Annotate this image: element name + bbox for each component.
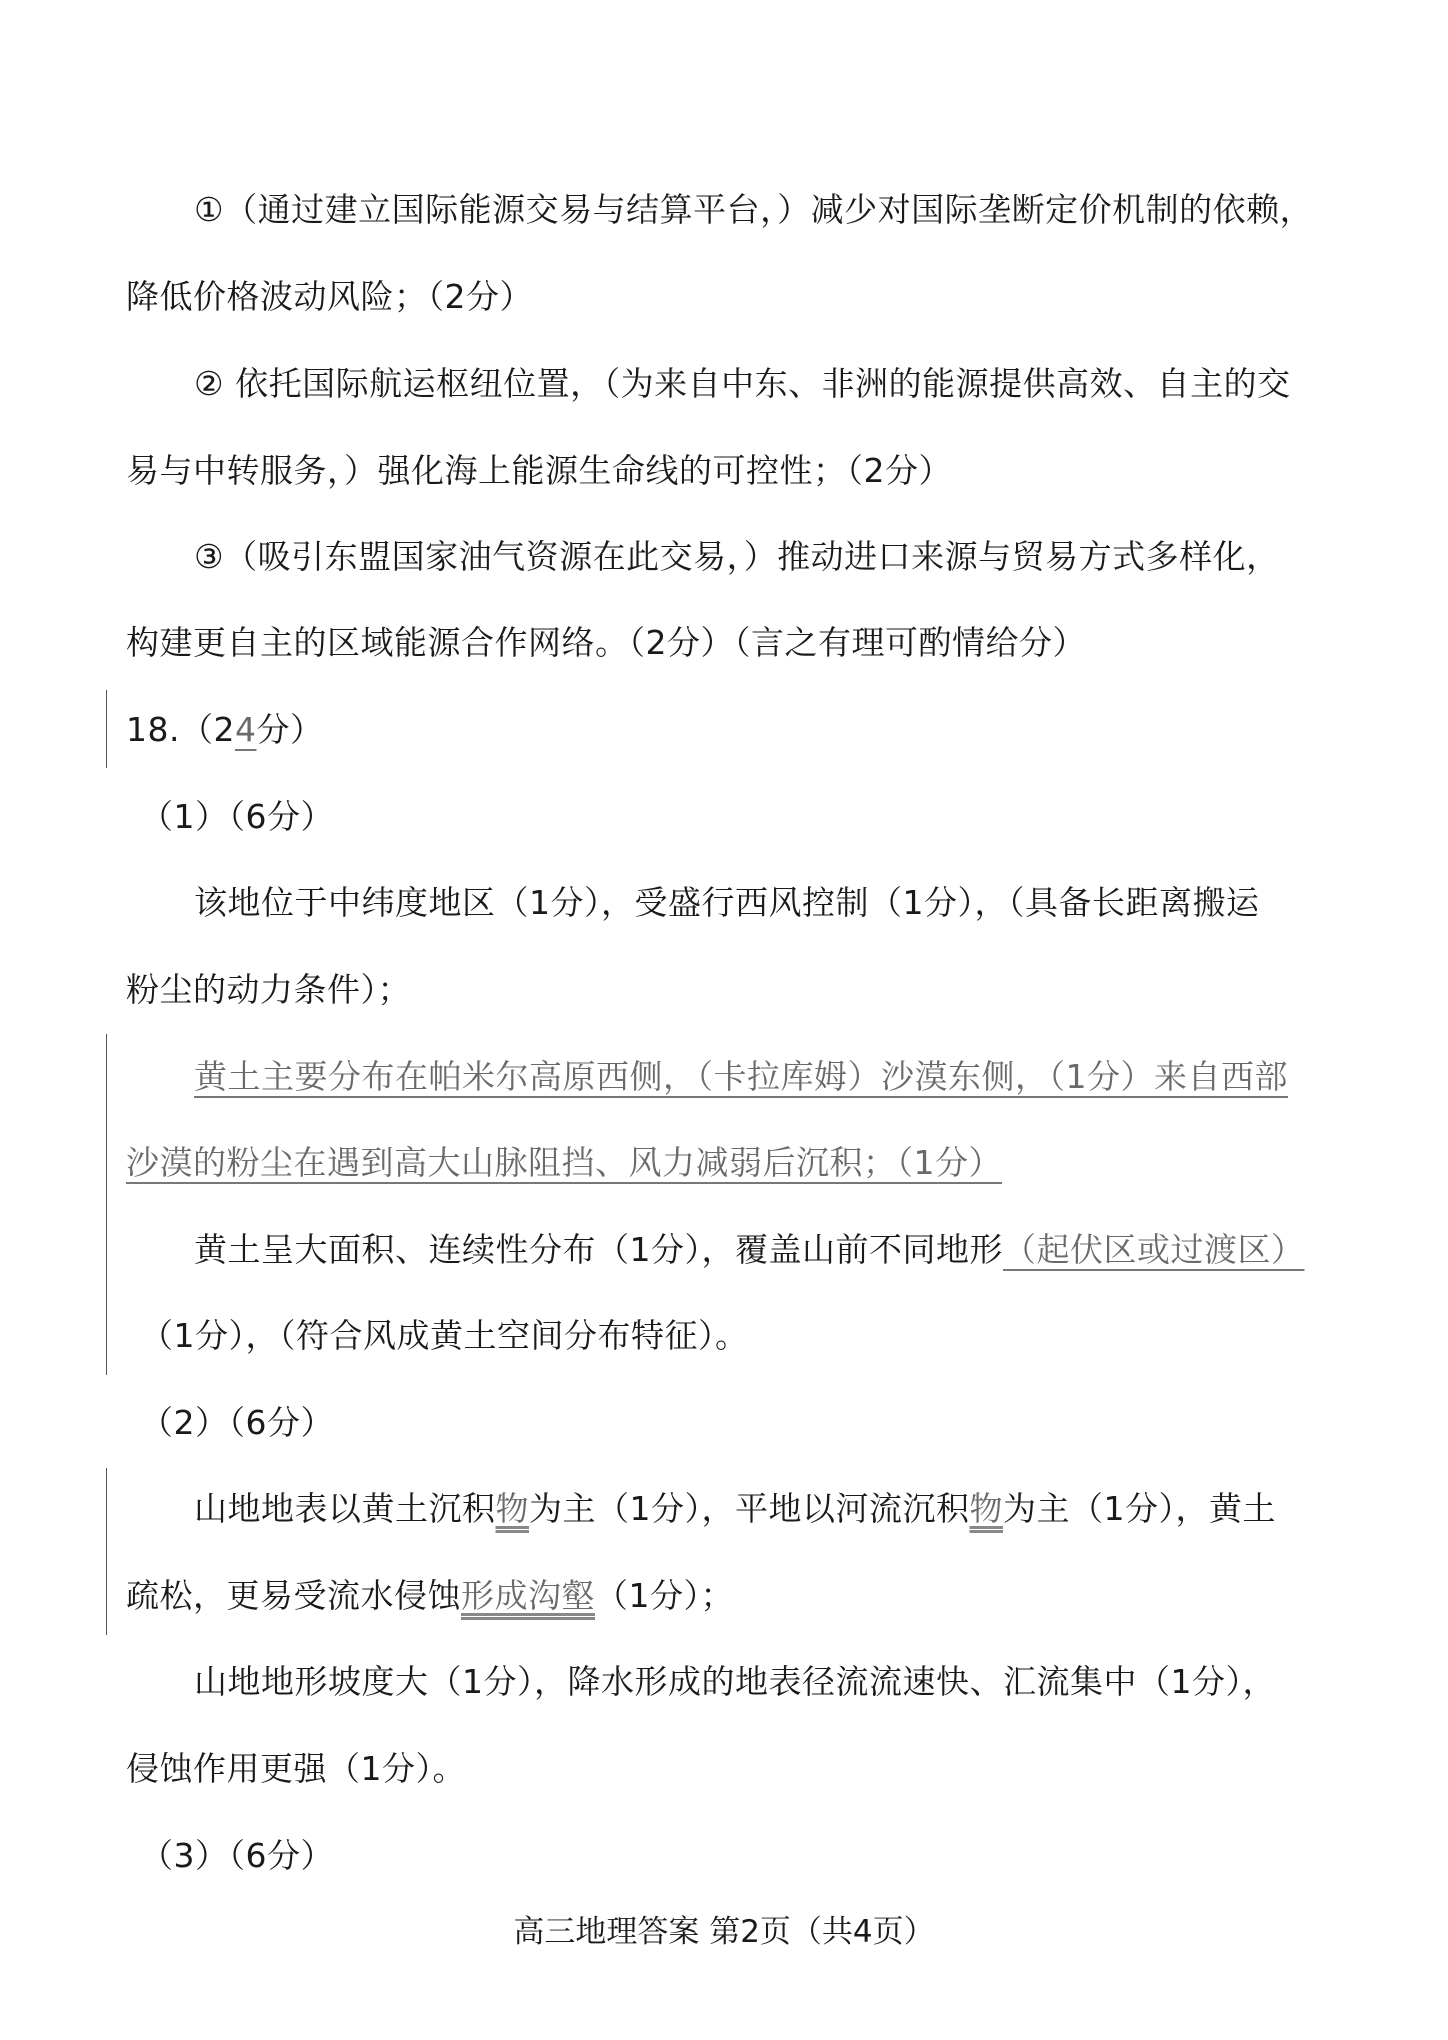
answer-item-3-line-1: ③（吸引东盟国家油气资源在此交易，）推动进口来源与贸易方式多样化，: [194, 537, 1280, 577]
para-text: 为主（1分），黄土: [1003, 1489, 1276, 1528]
revised-text: 物: [496, 1489, 530, 1528]
revision-bar: [106, 690, 107, 768]
answer-item-1-line-1: ①（通过建立国际能源交易与结算平台，）减少对国际垄断定价机制的依赖，: [194, 190, 1313, 230]
para-text: （1分）；: [595, 1576, 734, 1615]
part-1-para-1-line-2: 粉尘的动力条件）；: [126, 970, 411, 1010]
part-1-para-1-line-1: 该地位于中纬度地区（1分），受盛行西风控制（1分），（具备长距离搬运: [194, 883, 1260, 923]
para-text: 山地地表以黄土沉积: [194, 1489, 496, 1528]
part-1-para-3-line-2: （1分），（符合风成黄土空间分布特征）。: [140, 1316, 749, 1356]
revised-text: （起伏区或过渡区）: [1003, 1230, 1305, 1269]
heading-text: 18.（2: [126, 710, 235, 749]
revision-bar: [106, 1468, 107, 1635]
part-1-label: （1）（6分）: [140, 797, 334, 837]
answer-item-2-line-2: 易与中转服务，）强化海上能源生命线的可控性；（2分）: [126, 451, 952, 491]
part-1-para-2-line-2: 沙漠的粉尘在遇到高大山脉阻挡、风力减弱后沉积；（1分）: [126, 1143, 1002, 1183]
answer-item-1-line-2: 降低价格波动风险；（2分）: [126, 277, 533, 317]
para-text: 疏松，更易受流水侵蚀: [126, 1576, 461, 1615]
part-1-para-2-line-1: 黄土主要分布在帕米尔高原西侧，（卡拉库姆）沙漠东侧，（1分）来自西部: [194, 1057, 1288, 1097]
part-2-label: （2）（6分）: [140, 1403, 334, 1443]
page-footer: 高三地理答案 第2页（共4页）: [0, 1912, 1448, 1952]
revised-score: 4: [235, 710, 257, 749]
revised-text: 物: [970, 1489, 1004, 1528]
part-2-para-1-line-2: 疏松，更易受流水侵蚀形成沟壑（1分）；: [126, 1576, 734, 1616]
revised-text: 形成沟壑: [461, 1576, 595, 1615]
answer-item-3-line-2: 构建更自主的区域能源合作网络。（2分）（言之有理可酌情给分）: [126, 623, 1086, 663]
question-18-heading: 18.（24分）: [126, 710, 323, 750]
part-2-para-2-line-2: 侵蚀作用更强（1分）。: [126, 1749, 466, 1789]
part-2-para-2-line-1: 山地地形坡度大（1分），降水形成的地表径流流速快、汇流集中（1分），: [194, 1662, 1276, 1702]
part-3-label: （3）（6分）: [140, 1836, 334, 1876]
part-1-para-3-line-1: 黄土呈大面积、连续性分布（1分），覆盖山前不同地形（起伏区或过渡区）: [194, 1230, 1305, 1270]
revision-bar: [106, 1034, 107, 1375]
para-text: 黄土呈大面积、连续性分布（1分），覆盖山前不同地形: [194, 1230, 1003, 1269]
answer-item-2-line-1: ② 依托国际航运枢纽位置，（为来自中东、非洲的能源提供高效、自主的交: [194, 364, 1291, 404]
heading-text: 分）: [256, 710, 323, 749]
part-2-para-1-line-1: 山地地表以黄土沉积物为主（1分），平地以河流沉积物为主（1分），黄土: [194, 1489, 1276, 1529]
para-text: 为主（1分），平地以河流沉积: [529, 1489, 970, 1528]
